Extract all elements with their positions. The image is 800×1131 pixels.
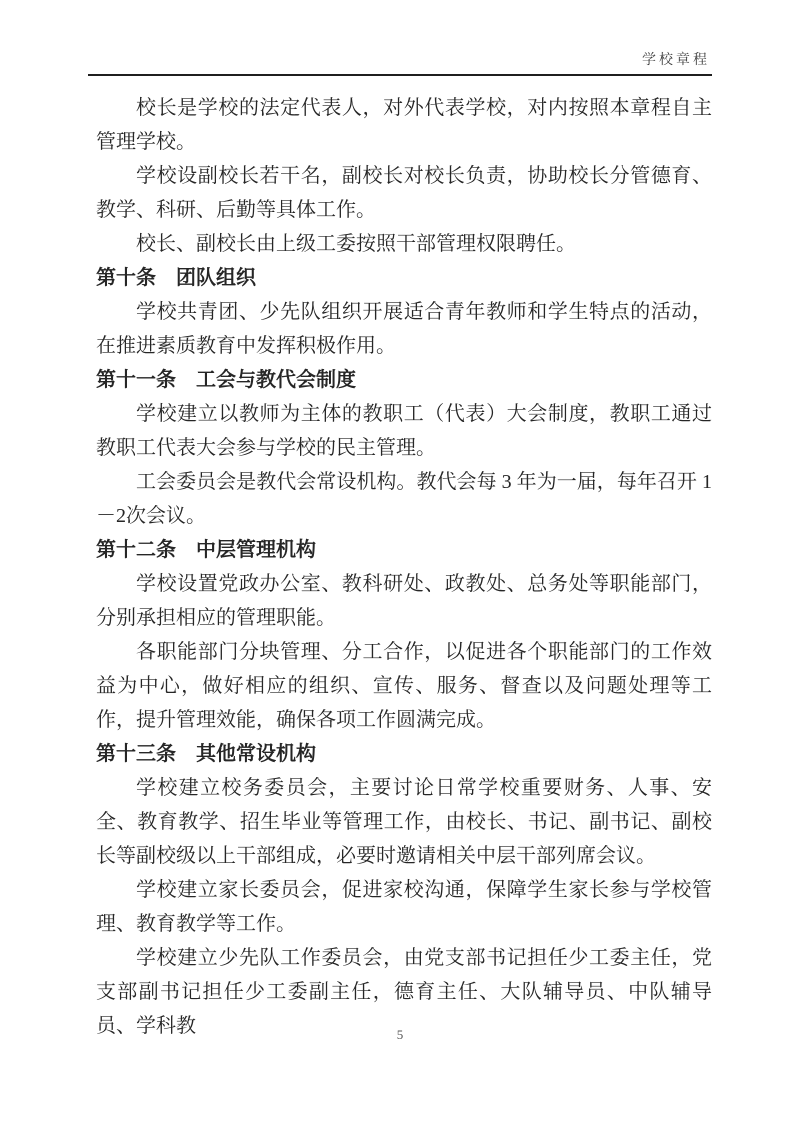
paragraph: 工会委员会是教代会常设机构。教代会每 3 年为一届，每年召开 1－2次会议。 [96,465,712,533]
document-page: 学校章程 校长是学校的法定代表人，对外代表学校，对内按照本章程自主管理学校。学校… [0,0,800,1131]
page-header-title: 学校章程 [642,49,710,69]
header-rule [88,74,712,76]
paragraph: 各职能部门分块管理、分工合作，以促进各个职能部门的工作效益为中心，做好相应的组织… [96,635,712,737]
page-number: 5 [0,1027,800,1043]
paragraph: 学校设置党政办公室、教科研处、政教处、总务处等职能部门，分别承担相应的管理职能。 [96,567,712,635]
article-heading: 第十三条 其他常设机构 [96,737,712,771]
article-heading: 第十条 团队组织 [96,261,712,295]
document-body: 校长是学校的法定代表人，对外代表学校，对内按照本章程自主管理学校。学校设副校长若… [96,91,712,1043]
paragraph: 学校设副校长若干名，副校长对校长负责，协助校长分管德育、教学、科研、后勤等具体工… [96,159,712,227]
paragraph: 学校共青团、少先队组织开展适合青年教师和学生特点的活动，在推进素质教育中发挥积极… [96,295,712,363]
paragraph: 校长是学校的法定代表人，对外代表学校，对内按照本章程自主管理学校。 [96,91,712,159]
article-heading: 第十一条 工会与教代会制度 [96,363,712,397]
paragraph: 学校建立校务委员会，主要讨论日常学校重要财务、人事、安全、教育教学、招生毕业等管… [96,771,712,873]
paragraph: 校长、副校长由上级工委按照干部管理权限聘任。 [96,227,712,261]
article-heading: 第十二条 中层管理机构 [96,533,712,567]
paragraph: 学校建立以教师为主体的教职工（代表）大会制度，教职工通过教职工代表大会参与学校的… [96,397,712,465]
paragraph: 学校建立家长委员会，促进家校沟通，保障学生家长参与学校管理、教育教学等工作。 [96,873,712,941]
